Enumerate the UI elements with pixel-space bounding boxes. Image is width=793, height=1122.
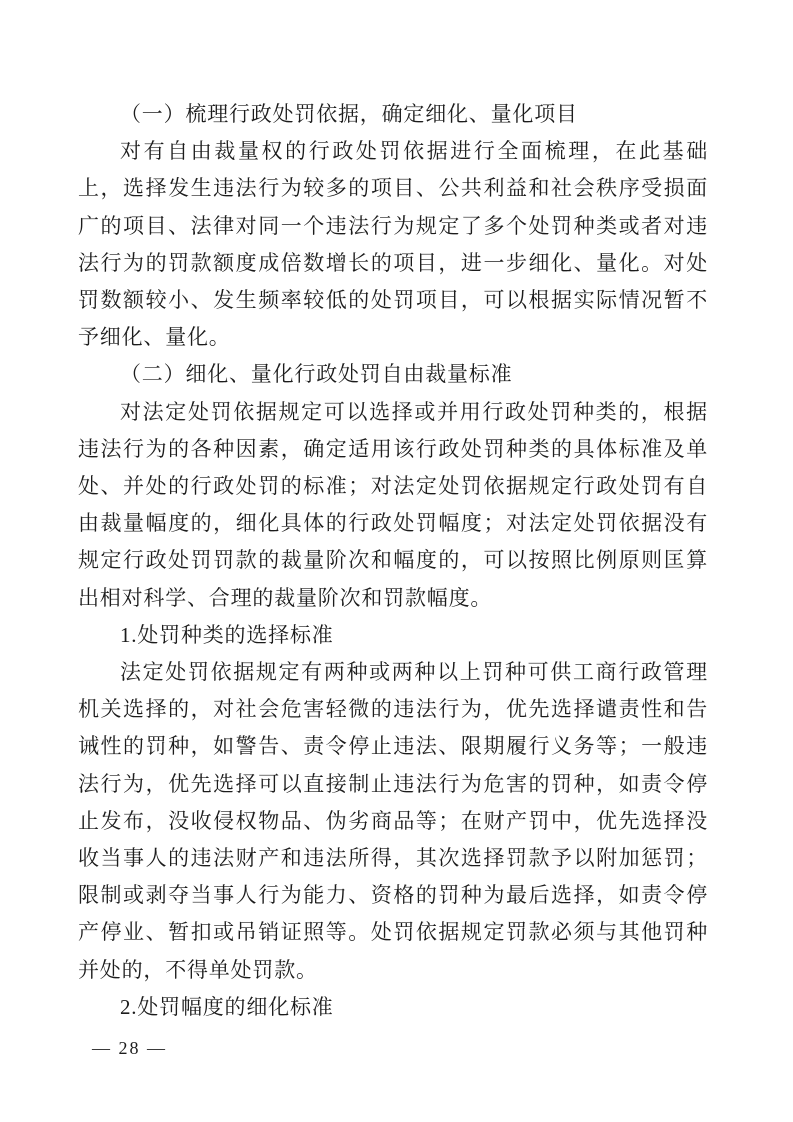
page-number: — 28 — <box>92 1038 167 1059</box>
section-heading-2: （二）细化、量化行政处罚自由裁量标准 <box>78 356 708 393</box>
document-page: （一）梳理行政处罚依据，确定细化、量化项目 对有自由裁量权的行政处罚依据进行全面… <box>0 0 793 1122</box>
section-heading-1: （一）梳理行政处罚依据，确定细化、量化项目 <box>78 96 708 133</box>
body-paragraph-3: 法定处罚依据规定有两种或两种以上罚种可供工商行政管理机关选择的，对社会危害轻微的… <box>78 654 708 989</box>
document-body: （一）梳理行政处罚依据，确定细化、量化项目 对有自由裁量权的行政处罚依据进行全面… <box>78 96 708 1026</box>
sub-heading-2: 2.处罚幅度的细化标准 <box>78 989 708 1026</box>
body-paragraph-2: 对法定处罚依据规定可以选择或并用行政处罚种类的，根据违法行为的各种因素，确定适用… <box>78 394 708 617</box>
sub-heading-1: 1.处罚种类的选择标准 <box>78 617 708 654</box>
body-paragraph-1: 对有自由裁量权的行政处罚依据进行全面梳理，在此基础上，选择发生违法行为较多的项目… <box>78 133 708 356</box>
